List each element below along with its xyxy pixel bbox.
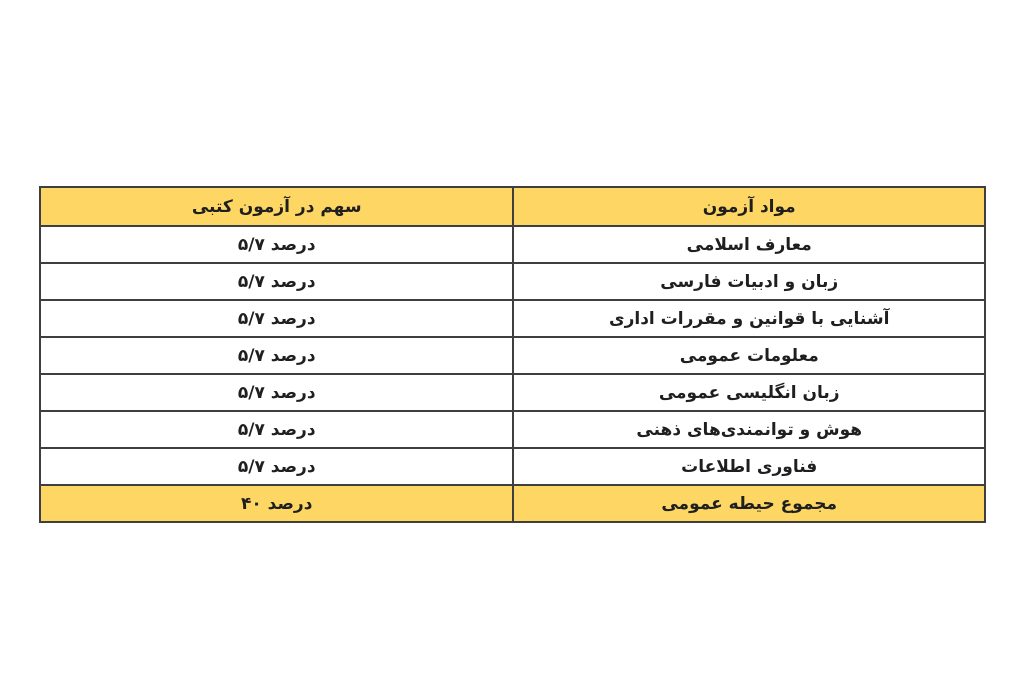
share-cell: ۵/۷ درصد bbox=[40, 374, 513, 411]
share-cell: ۵/۷ درصد bbox=[40, 263, 513, 300]
table-header-row: مواد آزمون سهم در آزمون کتبی bbox=[40, 187, 985, 226]
share-cell: ۵/۷ درصد bbox=[40, 411, 513, 448]
total-share-cell: ۴۰ درصد bbox=[40, 485, 513, 522]
subject-cell: فناوری اطلاعات bbox=[513, 448, 985, 485]
share-cell: ۵/۷ درصد bbox=[40, 448, 513, 485]
share-cell: ۵/۷ درصد bbox=[40, 300, 513, 337]
table-row: معلومات عمومی ۵/۷ درصد bbox=[40, 337, 985, 374]
share-cell: ۵/۷ درصد bbox=[40, 226, 513, 263]
subject-cell: معارف اسلامی bbox=[513, 226, 985, 263]
subject-cell: زبان و ادبیات فارسی bbox=[513, 263, 985, 300]
subject-cell: هوش و توانمندی‌های ذهنی bbox=[513, 411, 985, 448]
document-page: مواد آزمون سهم در آزمون کتبی معارف اسلام… bbox=[0, 0, 1024, 683]
total-subject-cell: مجموع حیطه عمومی bbox=[513, 485, 985, 522]
subject-cell: زبان انگلیسی عمومی bbox=[513, 374, 985, 411]
share-cell: ۵/۷ درصد bbox=[40, 337, 513, 374]
table-row: هوش و توانمندی‌های ذهنی ۵/۷ درصد bbox=[40, 411, 985, 448]
table-row: زبان انگلیسی عمومی ۵/۷ درصد bbox=[40, 374, 985, 411]
header-subject-cell: مواد آزمون bbox=[513, 187, 985, 226]
table-row: آشنایی با قوانین و مقررات اداری ۵/۷ درصد bbox=[40, 300, 985, 337]
table-total-row: مجموع حیطه عمومی ۴۰ درصد bbox=[40, 485, 985, 522]
table-row: زبان و ادبیات فارسی ۵/۷ درصد bbox=[40, 263, 985, 300]
header-share-cell: سهم در آزمون کتبی bbox=[40, 187, 513, 226]
table-row: فناوری اطلاعات ۵/۷ درصد bbox=[40, 448, 985, 485]
exam-materials-table: مواد آزمون سهم در آزمون کتبی معارف اسلام… bbox=[39, 186, 986, 523]
table-row: معارف اسلامی ۵/۷ درصد bbox=[40, 226, 985, 263]
subject-cell: آشنایی با قوانین و مقررات اداری bbox=[513, 300, 985, 337]
subject-cell: معلومات عمومی bbox=[513, 337, 985, 374]
